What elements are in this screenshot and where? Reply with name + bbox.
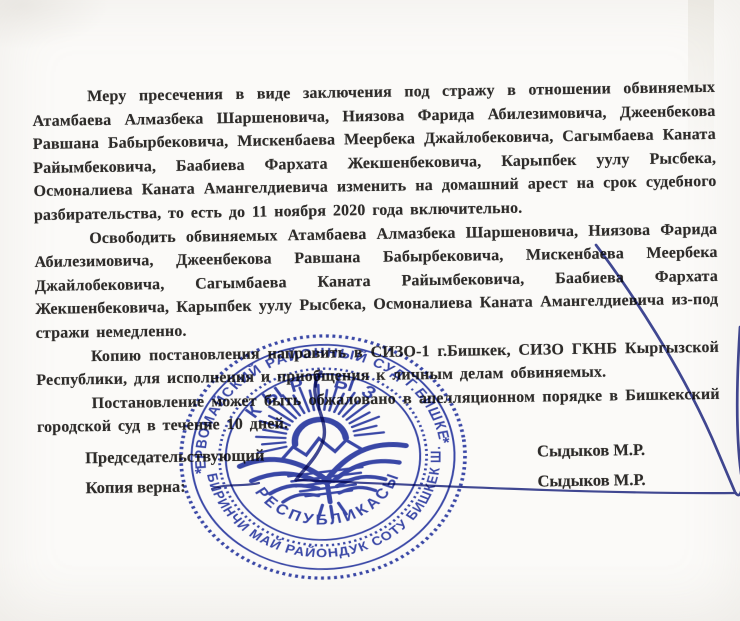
judge-name: Сыдыков М.Р. — [537, 440, 645, 462]
judge-name-copy: Сыдыков М.Р. — [537, 470, 645, 492]
copy-certified-label: Копия верна: — [85, 477, 185, 498]
scan-smudge-top-left — [0, 0, 110, 50]
seal-outer-ring — [175, 330, 471, 584]
paragraph-release-order: Освободить обвиняемых Атамбаева Алмазбек… — [34, 217, 719, 345]
paragraph-house-arrest-ruling: Меру пресечения в виде заключения под ст… — [32, 76, 717, 228]
court-seal-stamp: ПЕРВОМАЙСКИЙ РАЙОННЫЙ СУД Г.БИШКЕК БИРИН… — [170, 325, 477, 589]
scanned-court-document: Меру пресечения в виде заключения под ст… — [0, 0, 740, 621]
